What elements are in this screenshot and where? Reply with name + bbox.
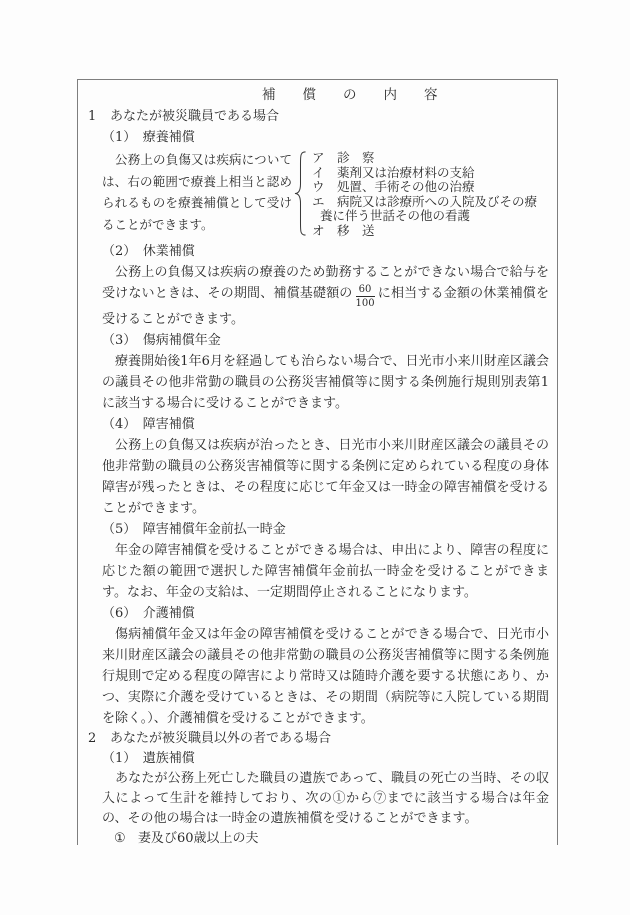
part-2-block: 2 あなたが被災職員以外の者である場合 （1） 遺族補償 あなたが公務上死亡した… — [102, 729, 549, 845]
section-kyugyo-heading: （2） 休業補償 — [102, 241, 549, 262]
section-izoku-body: あなたが公務上死亡した職員の遺族であって、職員の死亡の当時、その収入によって生計… — [102, 769, 549, 829]
izoku-item-marker: ① — [114, 829, 138, 845]
section-shobyo-nenkin-heading: （3） 傷病補償年金 — [102, 330, 549, 351]
document-page: 補 償 の 内 容 1 あなたが被災職員である場合 （1） 療養補償 公務上の負… — [0, 0, 630, 915]
section-maebarai-heading: （5） 障害補償年金前払一時金 — [102, 519, 549, 540]
section-shobyo-nenkin-body: 療養開始後1年6月を経過しても治らない場合で、日光市小来川財産区議会の議員その他… — [102, 351, 549, 414]
part-1-number: 1 — [88, 106, 110, 127]
section-shogai-body: 公務上の負傷又は疾病が治ったとき、日光市小来川財産区議会の議員その他非常勤の職員… — [102, 435, 549, 519]
part-2-number: 2 — [88, 729, 110, 749]
document-title: 補 償 の 内 容 — [262, 85, 549, 106]
ryoyo-treatment-item: エ 病院又は診療所への入院及びその療養に伴う世話その他の看護 — [312, 195, 549, 224]
section-ryoyo-heading: （1） 療養補償 — [102, 127, 549, 148]
ryoyo-description: 公務上の負傷又は疾病については、右の範囲で療養上相当と認められるものを療養補償と… — [102, 149, 292, 236]
part-2-label: あなたが被災職員以外の者である場合 — [110, 729, 331, 749]
izoku-eligible-item: ① 妻及び60歳以上の夫 — [114, 829, 549, 845]
section-kaigo-body: 傷病補償年金又は年金の障害補償を受けることができる場合で、日光市小来川財産区議会… — [102, 624, 549, 729]
section-maebarai-body: 年金の障害補償を受けることができる場合は、申出により、障害の程度に応じた額の範囲… — [102, 540, 549, 603]
ryoyo-treatment-list: ア 診 察 イ 薬剤又は治療材料の支給 ウ 処置、手術その他の治療 エ 病院又は… — [309, 149, 549, 236]
fraction-denominator: 100 — [356, 297, 375, 309]
part-1-label: あなたが被災職員である場合 — [110, 106, 279, 127]
fraction-numerator: 60 — [356, 284, 375, 297]
ryoyo-treatment-item: オ 移 送 — [312, 224, 549, 239]
ryoyo-treatment-item: ウ 処置、手術その他の治療 — [312, 180, 549, 195]
section-ryoyo-body: 公務上の負傷又は疾病については、右の範囲で療養上相当と認められるものを療養補償と… — [102, 149, 549, 236]
section-kaigo-heading: （6） 介護補償 — [102, 603, 549, 624]
part-2-heading: 2 あなたが被災職員以外の者である場合 — [88, 729, 549, 749]
ryoyo-treatment-item: イ 薬剤又は治療材料の支給 — [312, 166, 549, 181]
izoku-item-text: 妻及び60歳以上の夫 — [138, 829, 259, 845]
section-kyugyo-body: 公務上の負傷又は疾病の療養のため勤務することができない場合で給与を受けないときは… — [102, 262, 549, 330]
part-1-heading: 1 あなたが被災職員である場合 — [88, 106, 549, 127]
section-izoku-heading: （1） 遺族補償 — [102, 749, 549, 769]
section-shogai-heading: （4） 障害補償 — [102, 414, 549, 435]
compensation-content-table: 補 償 の 内 容 1 あなたが被災職員である場合 （1） 療養補償 公務上の負… — [77, 79, 558, 845]
ryoyo-treatment-item: ア 診 察 — [312, 151, 549, 166]
curly-brace-icon — [292, 149, 309, 236]
fraction-60-100: 60100 — [356, 284, 375, 309]
